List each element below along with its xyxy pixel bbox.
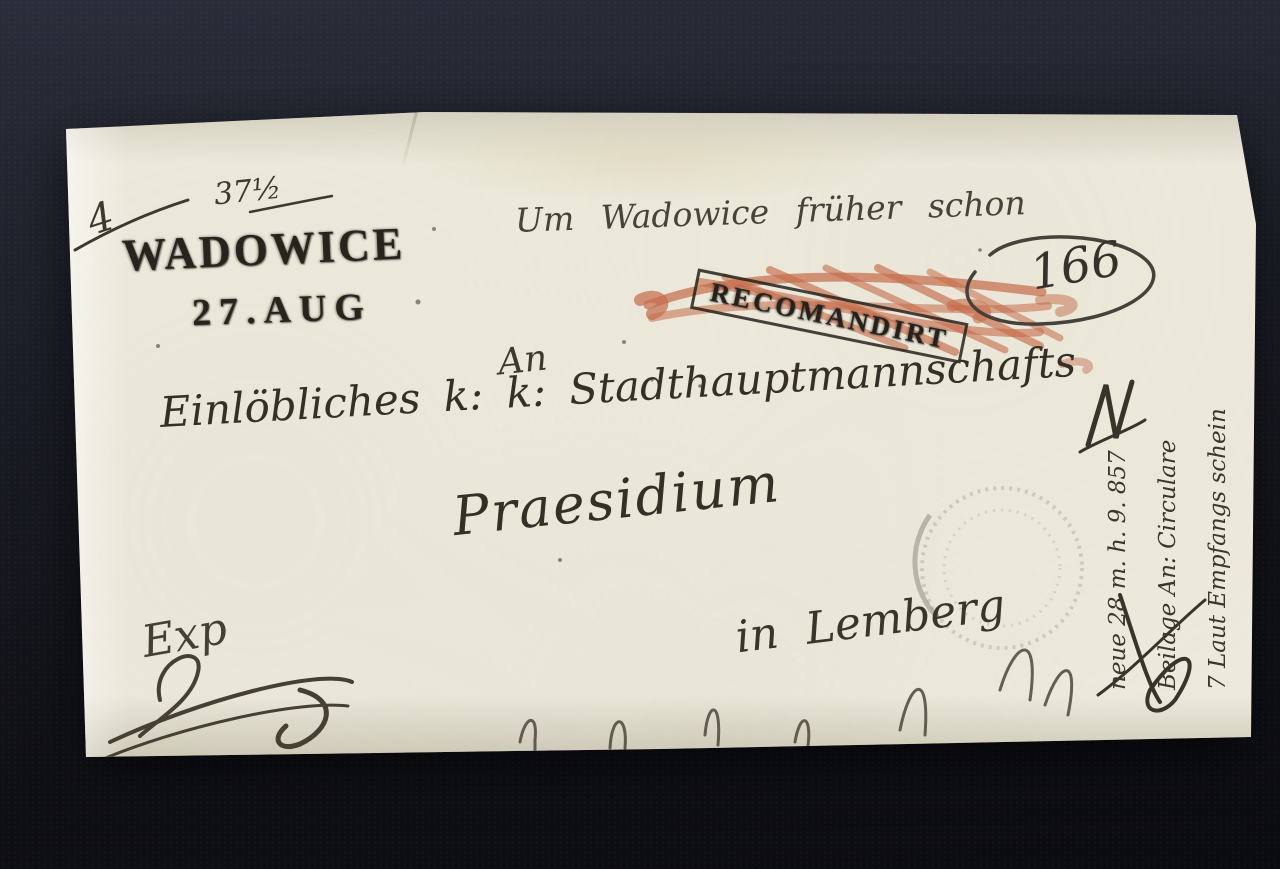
photo-scene: WADOWICE 27.AUG RECOMANDIRT 4 37½ Um Wad… (0, 0, 1280, 869)
signature-flourish (96, 656, 352, 762)
side-docket-line: 7 Laut Empfangs schein (1193, 260, 1243, 690)
expedit-mark: Exp (138, 603, 231, 668)
bottom-edge-shading (70, 695, 1260, 759)
bottom-fold-cutoff-writing (520, 650, 1072, 750)
address-line3: in Lemberg (733, 580, 1008, 664)
address-line2: Praesidium (450, 451, 784, 548)
address-line1: Einlöbliches k: k: Stadthauptmannschafts (159, 337, 1078, 437)
town-datestamp-line1: WADOWICE (121, 217, 406, 282)
envelope-shadow-wrap: WADOWICE 27.AUG RECOMANDIRT 4 37½ Um Wad… (0, 0, 1280, 869)
manuscript-rate-mark: 4 (82, 193, 120, 245)
manuscript-top-docket: Um Wadowice früher schon (514, 183, 1026, 240)
side-docket-line: neue 28 m. h. 9. 857 (1093, 260, 1143, 690)
manuscript-weight-mark: 37½ (212, 171, 283, 213)
top-edge-shading (60, 108, 1260, 164)
side-docket-rotated: neue 28 m. h. 9. 857 Beilage An: Circula… (1093, 260, 1243, 690)
side-docket-line: Beilage An: Circulare (1143, 260, 1193, 690)
folded-letter-cover: WADOWICE 27.AUG RECOMANDIRT 4 37½ Um Wad… (0, 0, 1280, 869)
paper-crease (401, 111, 418, 170)
town-datestamp-line2: 27.AUG (191, 285, 372, 335)
